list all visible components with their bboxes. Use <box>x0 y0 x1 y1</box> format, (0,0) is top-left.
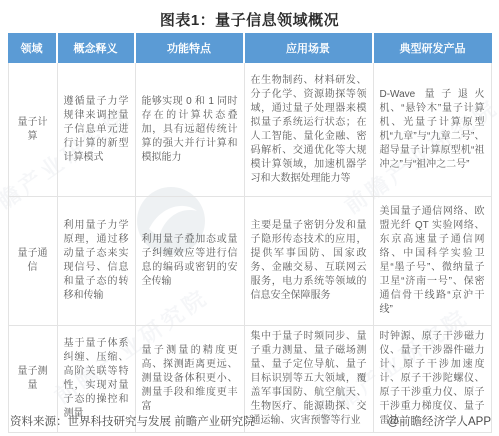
cell-concept: 利用量子力学原理，通过移动量子态来实现信号、信息和量子态的转移和传输 <box>58 197 136 326</box>
column-header-features: 功能特点 <box>136 33 245 63</box>
cell-features: 利用量子叠加态或量子纠缠效应等进行信息的编码或密钥的安全传输 <box>136 197 245 326</box>
column-header-scenarios: 应用场景 <box>245 33 374 63</box>
column-header-products: 典型研发产品 <box>374 33 492 63</box>
quantum-info-table: 领域 概念释义 功能特点 应用场景 典型研发产品 量子计算 遵循量子力学规律来调… <box>8 33 492 433</box>
cell-field: 量子计算 <box>8 63 58 197</box>
footer: 资料来源：世界科技研究与发展 前瞻产业研究院 @前瞻经济学人APP <box>10 413 491 429</box>
cell-concept: 遵循量子力学规律来调控量子信息单元进行计算的新型计算模式 <box>58 63 136 197</box>
cell-features: 能够实现 0 和 1 同时存在的计算状态叠加，具有远超传统计算的强大并行计算和模… <box>136 63 245 197</box>
table-row-quantum-communication: 量子通信 利用量子力学原理，通过移动量子态来实现信号、信息和量子态的转移和传输 … <box>8 197 492 326</box>
cell-products: D-Wave 量子退火机、“悬铃木”量子计算机、光量子计算原型机“九章”与“九章… <box>374 63 492 197</box>
cell-scenarios: 在生物制药、材料研发、分子化学、资源勘探等领域，通过量子处理器来模拟量子系统运行… <box>245 63 374 197</box>
header-row: 领域 概念释义 功能特点 应用场景 典型研发产品 <box>8 33 492 63</box>
table-row-quantum-computing: 量子计算 遵循量子力学规律来调控量子信息单元进行计算的新型计算模式 能够实现 0… <box>8 63 492 197</box>
cell-products: 美国量子通信网络、欧盟光纤 QT 实验网络、东京高速量子通信网络、中国科学实验卫… <box>374 197 492 326</box>
source-note: 资料来源：世界科技研究与发展 前瞻产业研究院 <box>10 413 255 429</box>
cell-scenarios: 主要是量子密钥分发和量子隐形传态技术的应用，提供军事国防、国家政务、金融交易、互… <box>245 197 374 326</box>
column-header-field: 领域 <box>8 33 58 63</box>
cell-field: 量子通信 <box>8 197 58 326</box>
credit-note: @前瞻经济学人APP <box>387 413 491 429</box>
figure-page: 前瞻产业研究院 前瞻产业研究院 前瞻产业研究院 前瞻产业研究院 图表1：量子信息… <box>0 0 499 436</box>
column-header-concept: 概念释义 <box>58 33 136 63</box>
page-title: 图表1：量子信息领域概况 <box>0 0 499 33</box>
